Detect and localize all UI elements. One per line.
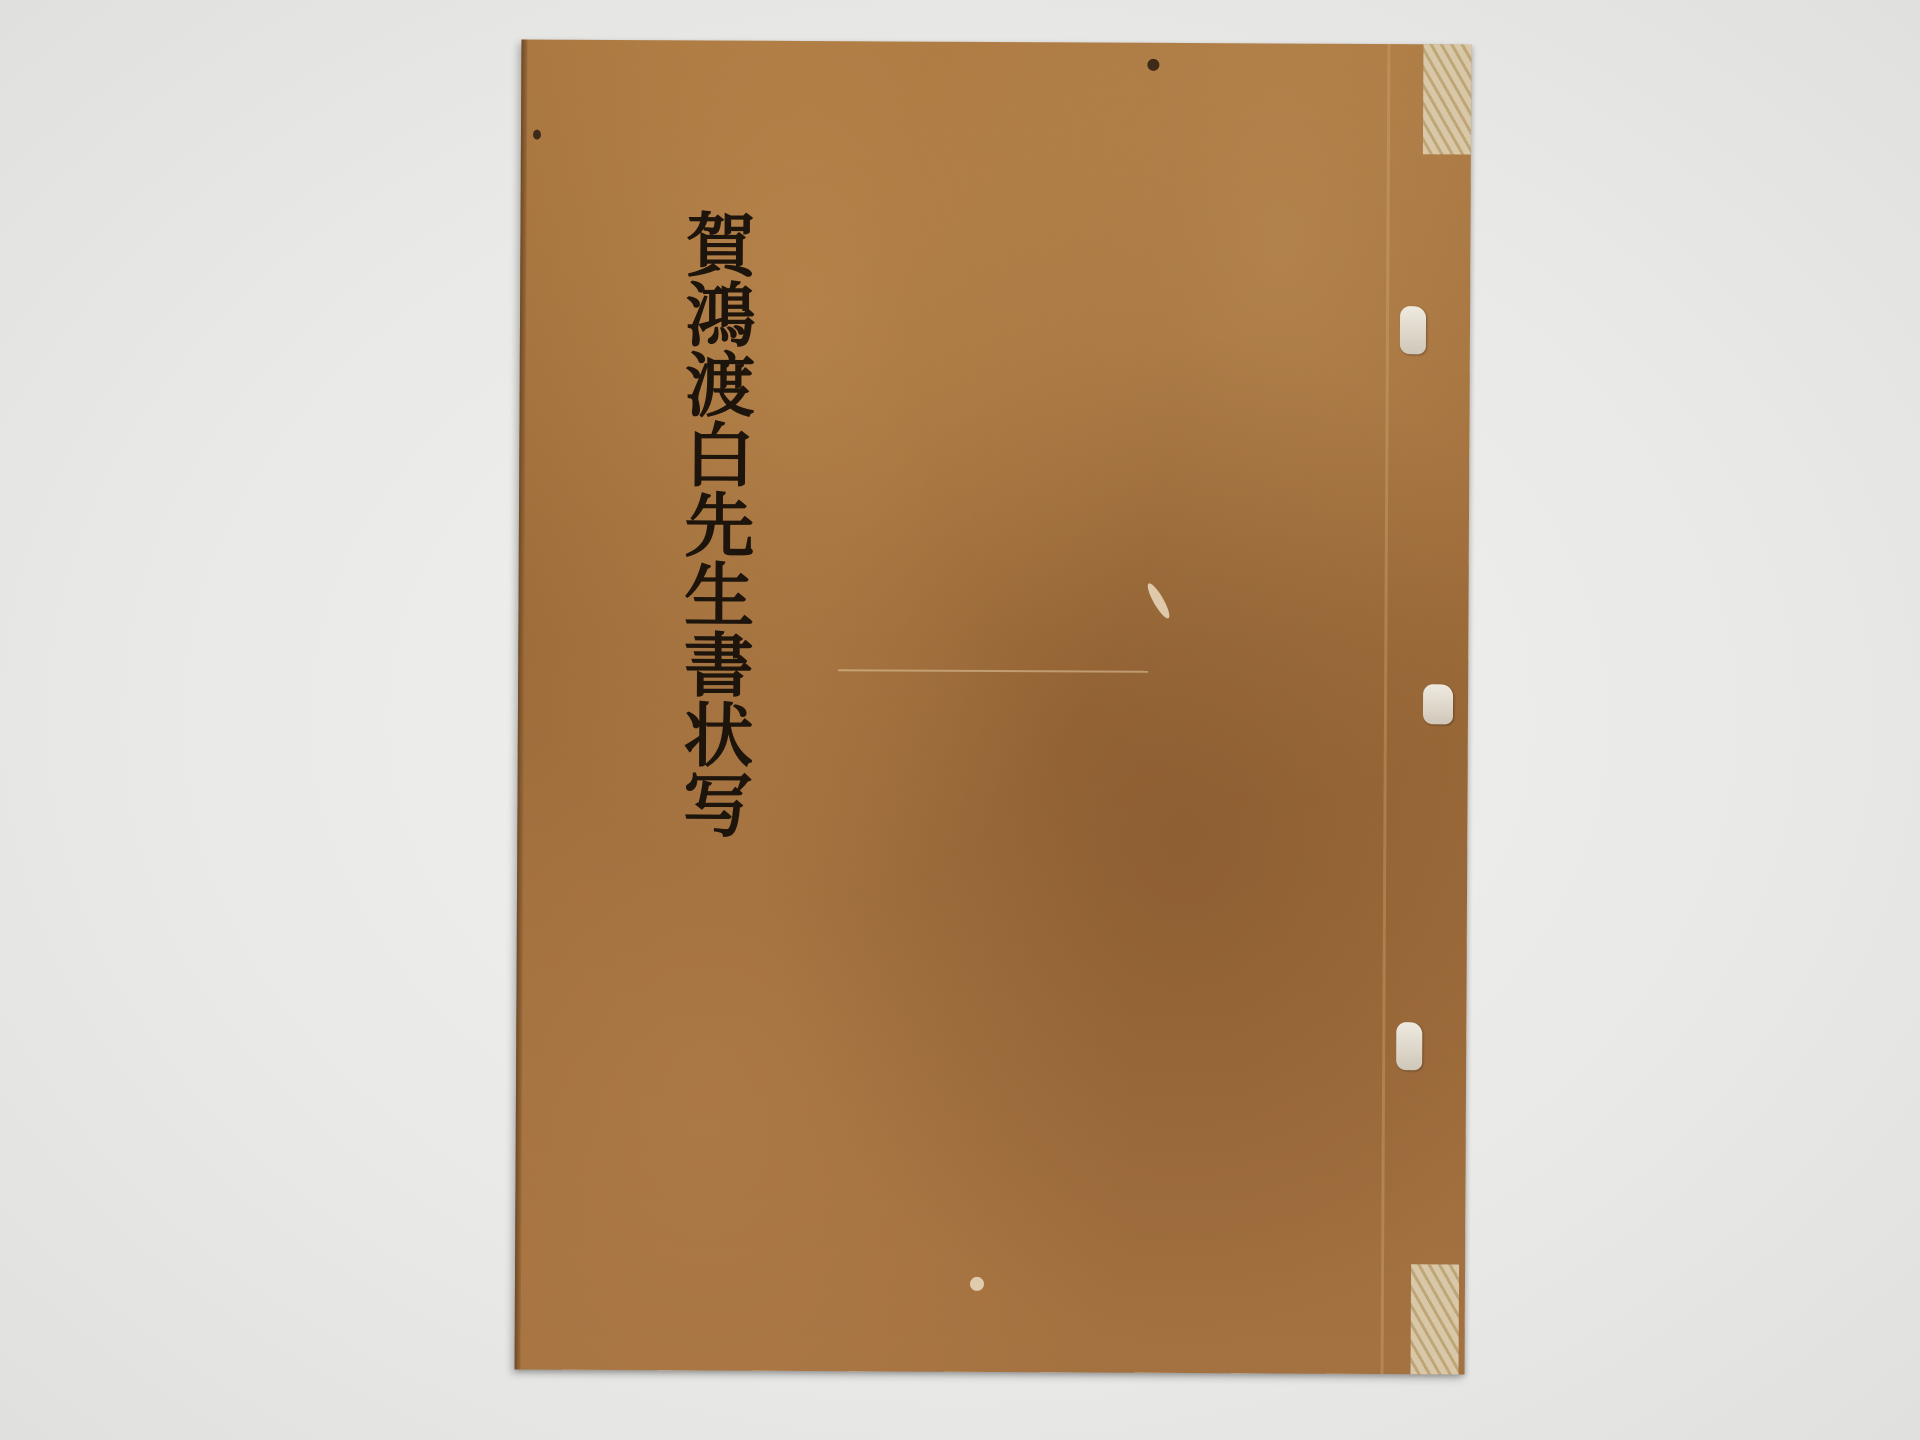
ink-spot: [1147, 59, 1159, 71]
binding-tie-top: [1400, 306, 1426, 354]
book-title-calligraphy: 賀鴻渡白先生書状写: [657, 208, 770, 839]
binding-tie-bottom: [1396, 1022, 1422, 1070]
worn-spot: [970, 1277, 984, 1291]
corner-cap-top: [1423, 44, 1472, 154]
cover-left-edge: [515, 40, 528, 1370]
book-cover: 賀鴻渡白先生書状写: [515, 40, 1472, 1375]
spine-crease: [1381, 44, 1391, 1374]
cover-crack: [838, 669, 1148, 673]
corner-cap-bottom: [1411, 1264, 1460, 1374]
worn-spot: [1144, 581, 1173, 621]
binding-tie-middle: [1423, 684, 1453, 724]
ink-spot: [533, 130, 541, 140]
